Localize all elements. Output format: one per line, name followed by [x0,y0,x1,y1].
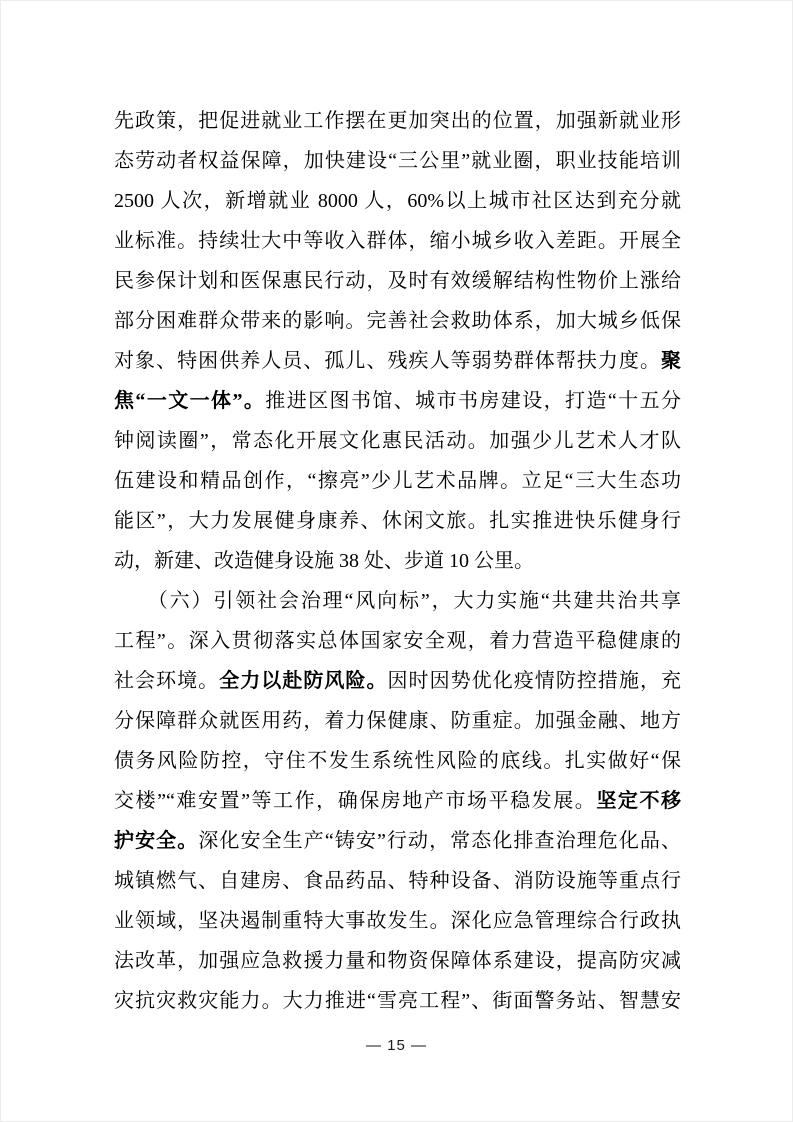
text-line: 钟阅读圈”，常态化开展文化惠民活动。加强少儿艺术人才队 [114,421,681,461]
bold-emphasis-text: 坚定不移 [596,790,681,812]
text-line: 伍建设和精品创作，“擦亮”少儿艺术品牌。立足“三大生态功 [114,461,681,501]
text-run: 动，新建、改造健身设施 38 处、步道 10 公里。 [114,550,534,572]
text-line: （六）引领社会治理“风向标”，大力实施“共建共治共享 [114,581,681,621]
text-line: 态劳动者权益保障，加快建设“三公里”就业圈，职业技能培训 [114,141,681,181]
document-page: 先政策，把促进就业工作摆在更加突出的位置，加强新就业形态劳动者权益保障，加快建设… [0,0,793,1122]
text-run: 因时因势优化疫情防控措施，充 [388,670,681,692]
document-body: 先政策，把促进就业工作摆在更加突出的位置，加强新就业形态劳动者权益保障，加快建设… [114,101,681,1021]
text-run: 部分困难群众带来的影响。完善社会救助体系，加大城乡低保 [114,310,681,332]
bold-emphasis-text: 聚 [661,350,681,372]
text-line: 分保障群众就医用药，着力保健康、防重症。加强金融、地方 [114,701,681,741]
text-run: 民参保计划和医保惠民行动，及时有效缓解结构性物价上涨给 [114,270,681,292]
text-line: 业标准。持续壮大中等收入群体，缩小城乡收入差距。开展全 [114,221,681,261]
page-number: — 15 — [1,1037,792,1054]
text-line: 灾抗灾救灾能力。大力推进“雪亮工程”、街面警务站、智慧安 [114,981,681,1021]
text-run: 法改革，加强应急救援力量和物资保障体系建设，提高防灾减 [114,950,681,972]
text-line: 工程”。深入贯彻落实总体国家安全观，着力营造平稳健康的 [114,621,681,661]
text-run: 城镇燃气、自建房、食品药品、特种设备、消防设施等重点行 [114,870,681,892]
text-line: 先政策，把促进就业工作摆在更加突出的位置，加强新就业形 [114,101,681,141]
text-run: 2500 人次，新增就业 8000 人，60%以上城市社区达到充分就 [114,190,681,212]
text-run: （六）引领社会治理“风向标”，大力实施“共建共治共享 [114,590,681,612]
text-run: 对象、特困供养人员、孤儿、残疾人等弱势群体帮扶力度。 [114,350,661,372]
text-line: 民参保计划和医保惠民行动，及时有效缓解结构性物价上涨给 [114,261,681,301]
text-run: 债务风险防控，守住不发生系统性风险的底线。扎实做好“保 [114,750,681,772]
text-line: 交楼”“难安置”等工作，确保房地产市场平稳发展。坚定不移 [114,781,681,821]
text-run: 工程”。深入贯彻落实总体国家安全观，着力营造平稳健康的 [114,630,681,652]
text-line: 城镇燃气、自建房、食品药品、特种设备、消防设施等重点行 [114,861,681,901]
text-line: 部分困难群众带来的影响。完善社会救助体系，加大城乡低保 [114,301,681,341]
text-line: 护安全。深化安全生产“铸安”行动，常态化排查治理危化品、 [114,821,681,861]
text-run: 先政策，把促进就业工作摆在更加突出的位置，加强新就业形 [114,110,681,132]
text-line: 动，新建、改造健身设施 38 处、步道 10 公里。 [114,541,681,581]
text-run: 伍建设和精品创作，“擦亮”少儿艺术品牌。立足“三大生态功 [114,470,681,492]
text-line: 债务风险防控，守住不发生系统性风险的底线。扎实做好“保 [114,741,681,781]
text-run: 灾抗灾救灾能力。大力推进“雪亮工程”、街面警务站、智慧安 [114,990,681,1012]
text-run: 业领域，坚决遏制重特大事故发生。深化应急管理综合行政执 [114,910,681,932]
bold-emphasis-text: 全力以赴防风险。 [219,670,387,692]
text-run: 社会环境。 [114,670,219,692]
text-run: 交楼”“难安置”等工作，确保房地产市场平稳发展。 [114,790,596,812]
text-line: 业领域，坚决遏制重特大事故发生。深化应急管理综合行政执 [114,901,681,941]
text-line: 能区”，大力发展健身康养、休闲文旅。扎实推进快乐健身行 [114,501,681,541]
text-run: 能区”，大力发展健身康养、休闲文旅。扎实推进快乐健身行 [114,510,681,532]
text-line: 对象、特困供养人员、孤儿、残疾人等弱势群体帮扶力度。聚 [114,341,681,381]
bold-emphasis-text: 焦“一文一体”。 [114,390,265,412]
text-run: 态劳动者权益保障，加快建设“三公里”就业圈，职业技能培训 [114,150,681,172]
text-line: 法改革，加强应急救援力量和物资保障体系建设，提高防灾减 [114,941,681,981]
text-run: 推进区图书馆、城市书房建设，打造“十五分 [265,390,681,412]
text-run: 钟阅读圈”，常态化开展文化惠民活动。加强少儿艺术人才队 [114,430,681,452]
text-line: 2500 人次，新增就业 8000 人，60%以上城市社区达到充分就 [114,181,681,221]
text-run: 深化安全生产“铸安”行动，常态化排查治理危化品、 [198,830,681,852]
text-line: 社会环境。全力以赴防风险。因时因势优化疫情防控措施，充 [114,661,681,701]
text-run: 业标准。持续壮大中等收入群体，缩小城乡收入差距。开展全 [114,230,681,252]
bold-emphasis-text: 护安全。 [114,830,198,852]
text-run: 分保障群众就医用药，着力保健康、防重症。加强金融、地方 [114,710,681,732]
text-line: 焦“一文一体”。推进区图书馆、城市书房建设，打造“十五分 [114,381,681,421]
